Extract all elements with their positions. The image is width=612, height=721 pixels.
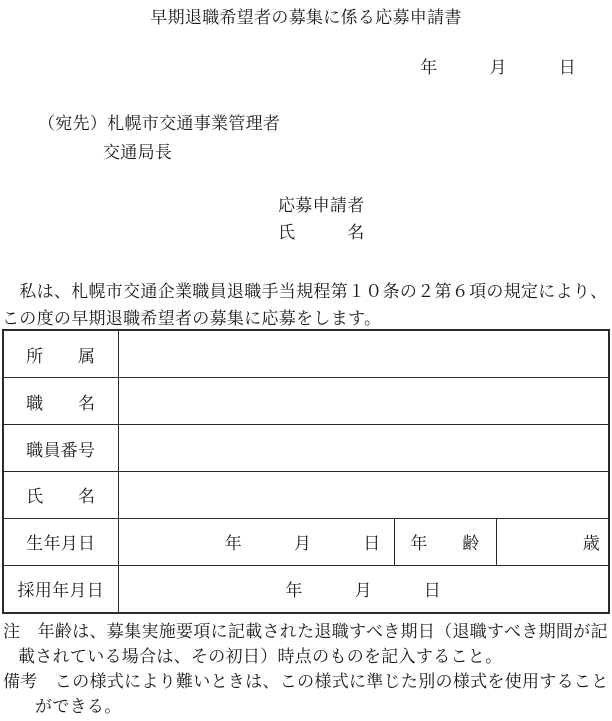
birth-date-label: 生年月日 — [3, 518, 118, 565]
document-page: 早期退職希望者の募集に係る応募申請書 年 月 日 （宛先）札幌市交通事業管理者 … — [0, 0, 612, 721]
job-title-input-cell — [118, 378, 609, 425]
hire-date-row: 採用年月日 年 月 日 — [3, 565, 609, 613]
addressee-line-1: （宛先）札幌市交通事業管理者 — [38, 109, 280, 134]
birth-date-row: 生年月日 年 月 日 年 齢 歳 — [3, 518, 609, 565]
body-paragraph: 私は、札幌市交通企業職員退職手当規程第１０条の２第６項の規定により、 この度の早… — [2, 278, 610, 332]
note-line-4: ができる。 — [3, 694, 610, 719]
job-title-row: 職 名 — [3, 378, 609, 425]
body-line-1: 私は、札幌市交通企業職員退職手当規程第１０条の２第６項の規定により、 — [2, 278, 610, 305]
note-line-3: 備考 この様式により難いときは、この様式に準じた別の様式を使用すること — [3, 669, 610, 694]
notes-section: 注 年齢は、募集実施要項に記載された退職すべき期日（退職すべき期間が記 載されて… — [3, 619, 610, 719]
birth-date-field: 年 月 日 — [118, 518, 394, 565]
affiliation-row: 所 属 — [3, 330, 609, 378]
applicant-info-table: 所 属 職 名 職員番号 氏 名 生年月日 年 月 日 年 齢 歳 — [2, 329, 610, 614]
issue-date-line: 年 月 日 — [420, 53, 576, 78]
document-title: 早期退職希望者の募集に係る応募申請書 — [0, 3, 612, 28]
note-line-1: 注 年齢は、募集実施要項に記載された退職すべき期日（退職すべき期間が記 — [3, 619, 610, 644]
addressee-line-2: 交通局長 — [103, 138, 172, 163]
name-row: 氏 名 — [3, 471, 609, 518]
job-title-label: 職 名 — [3, 378, 118, 425]
employee-number-label: 職員番号 — [3, 425, 118, 472]
hire-date-label: 採用年月日 — [3, 565, 118, 613]
employee-number-row: 職員番号 — [3, 425, 609, 472]
age-value-cell: 歳 — [496, 518, 609, 565]
body-line-2: この度の早期退職希望者の募集に応募をします。 — [2, 305, 610, 332]
age-label: 年 齢 — [394, 518, 496, 565]
applicant-name-label: 氏 名 — [278, 218, 365, 243]
note-line-2: 載されている場合は、その初日）時点のものを記入すること。 — [3, 644, 610, 669]
affiliation-input-cell — [118, 330, 609, 378]
affiliation-label: 所 属 — [3, 330, 118, 378]
hire-date-field: 年 月 日 — [118, 565, 609, 613]
name-label: 氏 名 — [3, 471, 118, 518]
applicant-role-label: 応募申請者 — [278, 191, 365, 216]
name-input-cell — [118, 471, 609, 518]
employee-number-input-cell — [118, 425, 609, 472]
